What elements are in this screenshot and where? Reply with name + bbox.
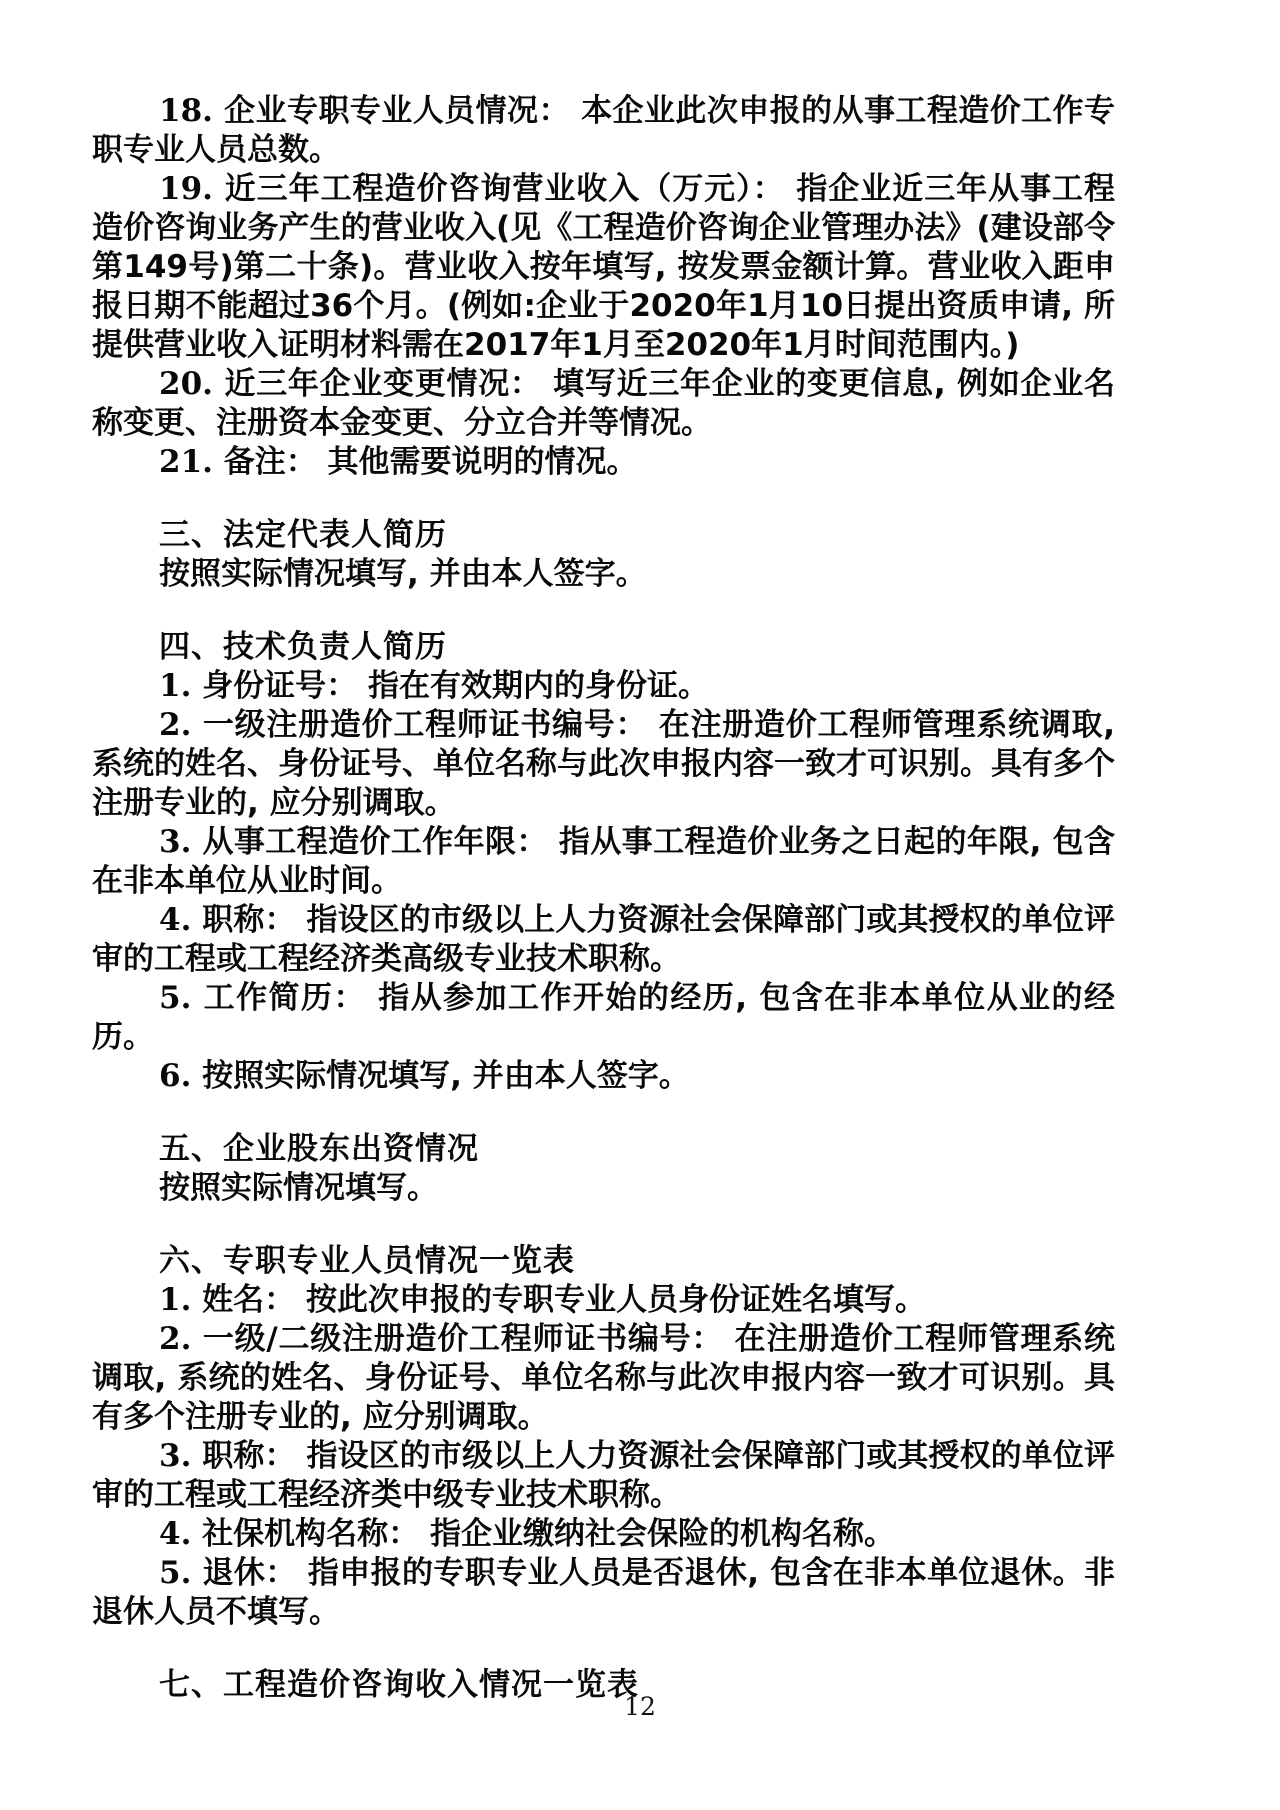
item-label: 1. 姓名： [159, 1282, 306, 1318]
paragraph: 4. 职称： 指设区的市级以上人力资源社会保障部门或其授权的单位评审的工程或工程… [92, 901, 1115, 979]
item-label: 21. 备注： [159, 444, 328, 480]
paragraph: 2. 一级/二级注册造价工程师证书编号： 在注册造价工程师管理系统调取, 系统的… [92, 1320, 1115, 1437]
page-number: 12 [0, 1692, 1280, 1721]
item-label: 3. 职称： [159, 1438, 306, 1474]
item-label: 1. 身份证号： [159, 668, 368, 704]
item-label: 2. 一级/二级注册造价工程师证书编号： [159, 1321, 735, 1357]
paragraph: 6. 按照实际情况填写, 并由本人签字。 [92, 1057, 1115, 1096]
paragraph: 3. 职称： 指设区的市级以上人力资源社会保障部门或其授权的单位评审的工程或工程… [92, 1437, 1115, 1515]
item-label: 18. 企业专职专业人员情况： [159, 93, 581, 129]
heading-text: 六、专职专业人员情况一览表 [159, 1243, 575, 1279]
item-text: 指企业缴纳社会保险的机构名称。 [430, 1516, 895, 1552]
heading-text: 五、企业股东出资情况 [159, 1131, 479, 1167]
heading-text: 四、技术负责人简历 [159, 629, 447, 665]
document-body: 18. 企业专职专业人员情况： 本企业此次申报的从事工程造价工作专职专业人员总数… [92, 92, 1115, 1705]
paragraph: 2. 一级注册造价工程师证书编号： 在注册造价工程师管理系统调取, 系统的姓名、… [92, 706, 1115, 823]
item-label: 2. 一级注册造价工程师证书编号： [159, 707, 659, 743]
paragraph: 4. 社保机构名称： 指企业缴纳社会保险的机构名称。 [92, 1515, 1115, 1554]
paragraph: 3. 从事工程造价工作年限： 指从事工程造价业务之日起的年限, 包含在非本单位从… [92, 823, 1115, 901]
item-text: 按照实际情况填写, 并由本人签字。 [202, 1058, 690, 1094]
item-label: 20. 近三年企业变更情况： [159, 366, 553, 402]
paragraph: 18. 企业专职专业人员情况： 本企业此次申报的从事工程造价工作专职专业人员总数… [92, 92, 1115, 170]
paragraph: 按照实际情况填写, 并由本人签字。 [92, 555, 1115, 594]
section-heading: 四、技术负责人简历 [92, 628, 1115, 667]
item-label: 5. 工作简历： [159, 980, 378, 1016]
section-heading: 五、企业股东出资情况 [92, 1130, 1115, 1169]
paragraph: 5. 工作简历： 指从参加工作开始的经历, 包含在非本单位从业的经历。 [92, 979, 1115, 1057]
item-text: 指在有效期内的身份证。 [368, 668, 709, 704]
item-label: 5. 退休： [159, 1555, 308, 1591]
paragraph: 20. 近三年企业变更情况： 填写近三年企业的变更信息, 例如企业名称变更、注册… [92, 365, 1115, 443]
section-heading: 三、法定代表人简历 [92, 516, 1115, 555]
paragraph: 19. 近三年工程造价咨询营业收入（万元）： 指企业近三年从事工程造价咨询业务产… [92, 170, 1115, 365]
paragraph: 1. 身份证号： 指在有效期内的身份证。 [92, 667, 1115, 706]
paragraph: 21. 备注： 其他需要说明的情况。 [92, 443, 1115, 482]
item-text: 按照实际情况填写, 并由本人签字。 [159, 556, 647, 592]
item-label: 6. [159, 1058, 202, 1094]
section-heading: 六、专职专业人员情况一览表 [92, 1242, 1115, 1281]
item-text: 其他需要说明的情况。 [328, 444, 638, 480]
item-label: 3. 从事工程造价工作年限： [159, 824, 559, 860]
paragraph: 按照实际情况填写。 [92, 1169, 1115, 1208]
item-label: 4. 社保机构名称： [159, 1516, 430, 1552]
item-text: 按此次申报的专职专业人员身份证姓名填写。 [306, 1282, 926, 1318]
paragraph: 5. 退休： 指申报的专职专业人员是否退休, 包含在非本单位退休。非退休人员不填… [92, 1554, 1115, 1632]
document-page: 18. 企业专职专业人员情况： 本企业此次申报的从事工程造价工作专职专业人员总数… [0, 0, 1280, 1810]
paragraph: 1. 姓名： 按此次申报的专职专业人员身份证姓名填写。 [92, 1281, 1115, 1320]
item-label: 4. 职称： [159, 902, 306, 938]
item-text: 按照实际情况填写。 [159, 1170, 438, 1206]
item-label: 19. 近三年工程造价咨询营业收入（万元）： [159, 171, 796, 207]
heading-text: 三、法定代表人简历 [159, 517, 447, 553]
